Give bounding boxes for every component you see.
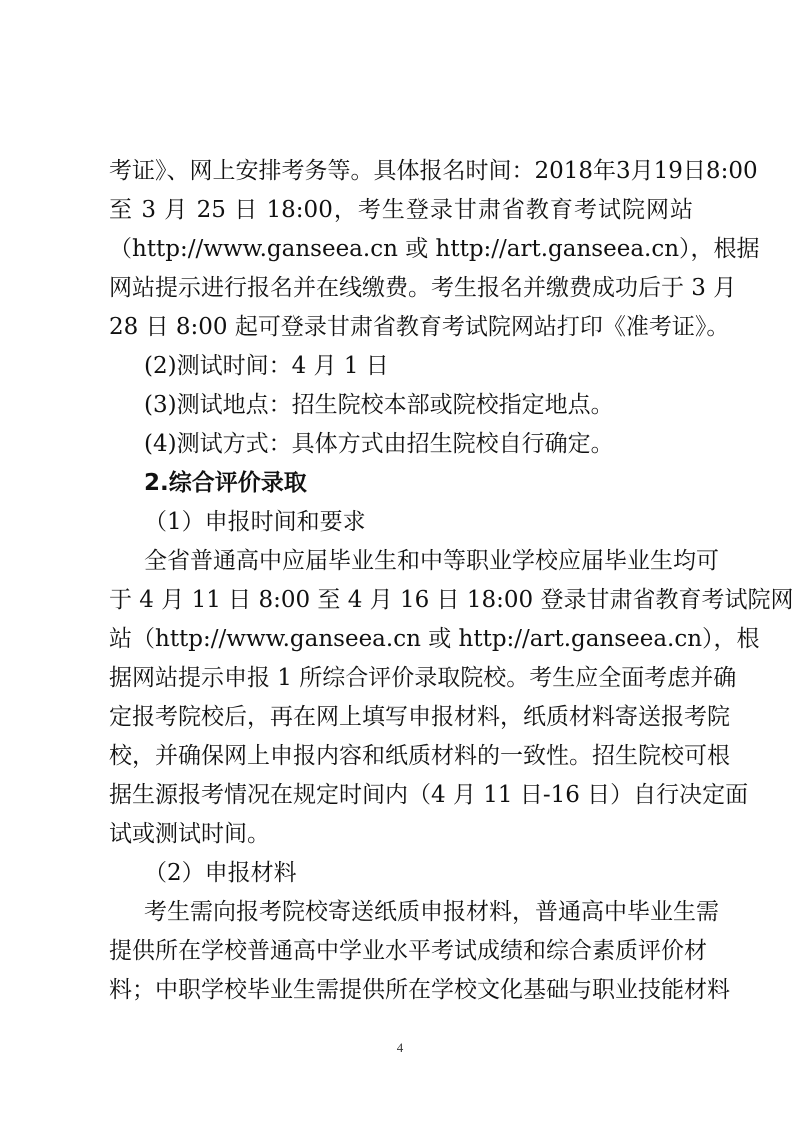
text-line: 考证》、网上安排考务等。具体报名时间：2018年3月19日8:00 <box>109 156 693 186</box>
text-line: 站（http://www.ganseea.cn 或 http://art.gan… <box>109 624 693 654</box>
text-line: （http://www.ganseea.cn 或 http://art.gans… <box>109 234 693 264</box>
page-number: 4 <box>380 1040 420 1056</box>
text-line: 考生需向报考院校寄送纸质申报材料，普通高中毕业生需 <box>144 897 693 927</box>
text-line: 提供所在学校普通高中学业水平考试成绩和综合素质评价材 <box>109 936 693 966</box>
document-page: 考证》、网上安排考务等。具体报名时间：2018年3月19日8:00 至 3 月 … <box>0 0 800 1131</box>
text-line: 据网站提示申报 1 所综合评价录取院校。考生应全面考虑并确 <box>109 663 693 693</box>
subsection-heading: （1）申报时间和要求 <box>144 507 693 537</box>
text-line: 定报考院校后，再在网上填写申报材料，纸质材料寄送报考院 <box>109 702 693 732</box>
text-line: 至 3 月 25 日 18:00，考生登录甘肃省教育考试院网站 <box>109 195 693 225</box>
section-heading: 2.综合评价录取 <box>144 468 693 498</box>
text-line: 网站提示进行报名并在线缴费。考生报名并缴费成功后于 3 月 <box>109 273 693 303</box>
text-line: 料；中职学校毕业生需提供所在学校文化基础与职业技能材料 <box>109 975 693 1005</box>
text-line: 于 4 月 11 日 8:00 至 4 月 16 日 18:00 登录甘肃省教育… <box>109 585 693 615</box>
text-line: 试或测试时间。 <box>109 819 693 849</box>
list-item-test-time: (2)测试时间：4 月 1 日 <box>144 351 693 381</box>
text-line: 校，并确保网上申报内容和纸质材料的一致性。招生院校可根 <box>109 741 693 771</box>
subsection-heading: （2）申报材料 <box>144 858 693 888</box>
text-line: 全省普通高中应届毕业生和中等职业学校应届毕业生均可 <box>144 546 693 576</box>
text-line: 28 日 8:00 起可登录甘肃省教育考试院网站打印《准考证》。 <box>109 312 693 342</box>
list-item-test-method: (4)测试方式：具体方式由招生院校自行确定。 <box>144 429 693 459</box>
text-line: 据生源报考情况在规定时间内（4 月 11 日-16 日）自行决定面 <box>109 780 693 810</box>
list-item-test-location: (3)测试地点：招生院校本部或院校指定地点。 <box>144 390 693 420</box>
